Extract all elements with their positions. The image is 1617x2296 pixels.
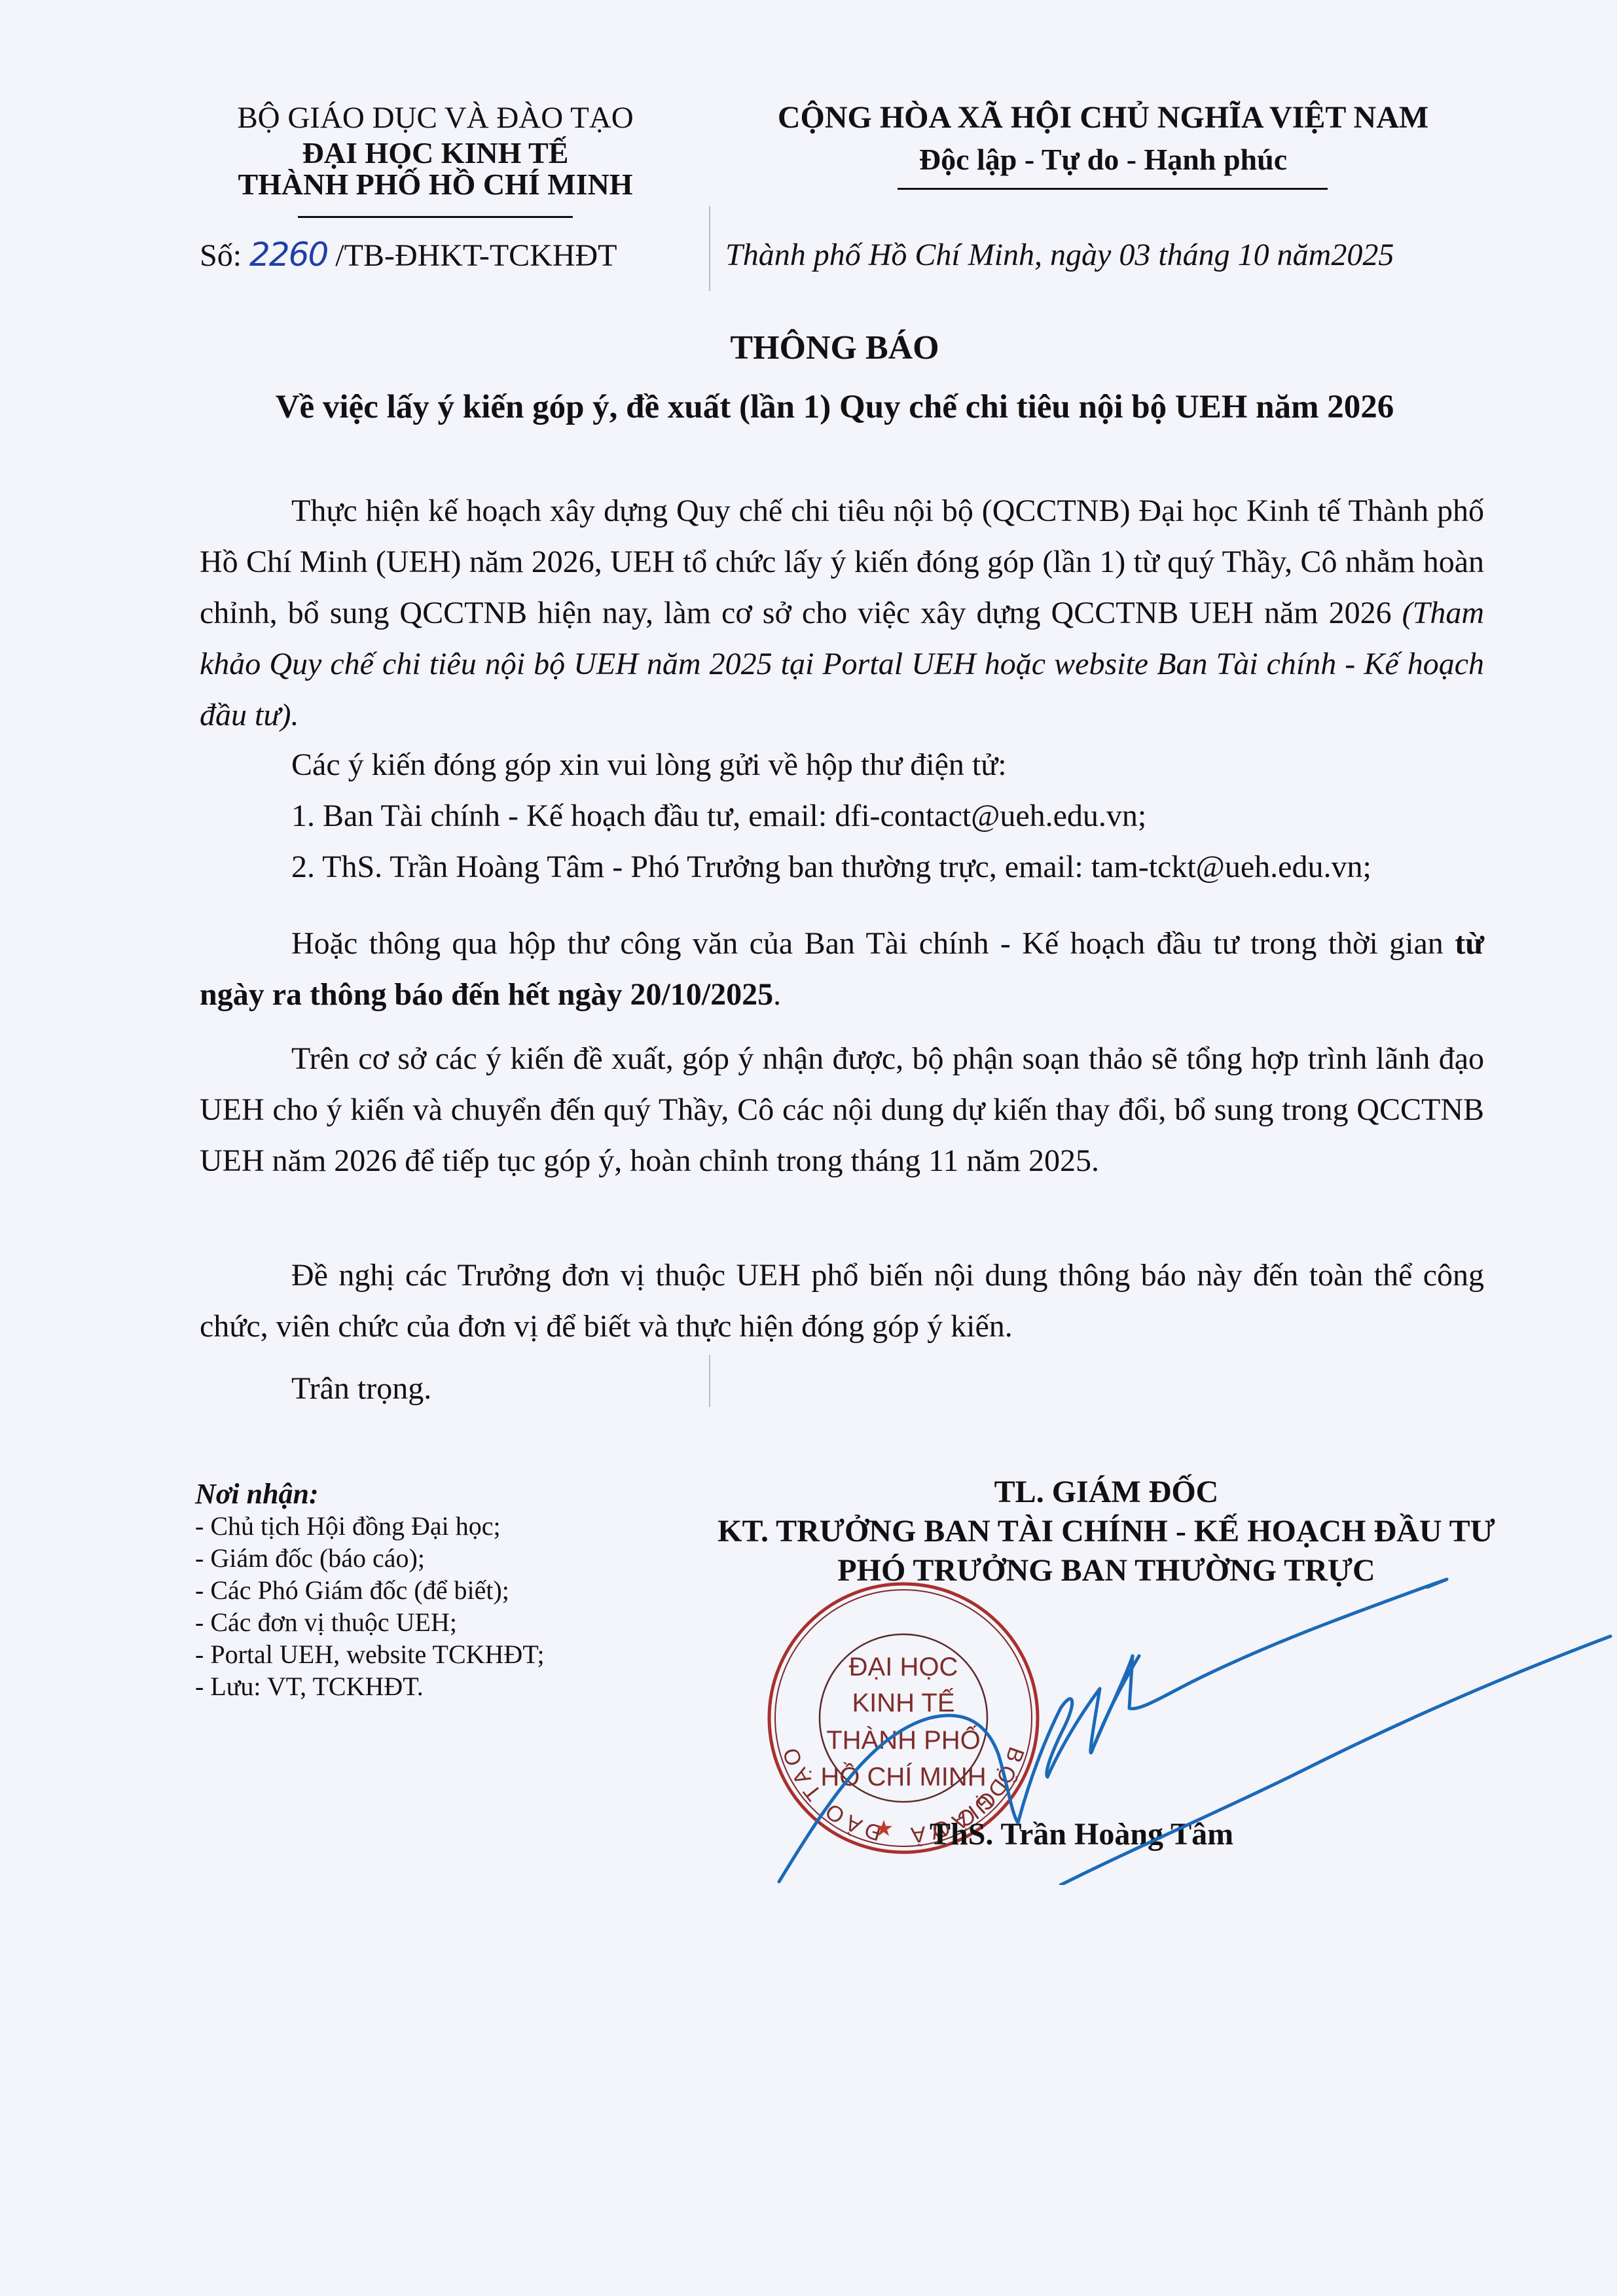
- para1-text: Thực hiện kế hoạch xây dựng Quy chế chi …: [200, 493, 1484, 630]
- body-paragraph-1: Thực hiện kế hoạch xây dựng Quy chế chi …: [200, 486, 1484, 741]
- document-date: Thành phố Hồ Chí Minh, ngày 03 tháng 10 …: [725, 237, 1394, 273]
- recipient-item: - Giám đốc (báo cáo);: [195, 1542, 545, 1574]
- para3-text: Hoặc thông qua hộp thư công văn của Ban …: [291, 926, 1455, 961]
- para4-text: Trên cơ sở các ý kiến đề xuất, góp ý nhậ…: [200, 1033, 1484, 1187]
- contact-item: 1. Ban Tài chính - Kế hoạch đầu tư, emai…: [200, 791, 1484, 842]
- document-number: Số: 2260 /TB-ĐHKT-TCKHĐT: [200, 236, 617, 274]
- doc-number-prefix: Số:: [200, 238, 249, 273]
- doc-number-suffix: /TB-ĐHKT-TCKHĐT: [327, 238, 617, 273]
- signing-on-behalf: KT. TRƯỞNG BAN TÀI CHÍNH - KẾ HOẠCH ĐẦU …: [628, 1514, 1584, 1549]
- document-subject: Về việc lấy ý kiến góp ý, đề xuất (lần 1…: [164, 388, 1506, 426]
- issuing-agency-header: BỘ GIÁO DỤC VÀ ĐÀO TẠO ĐẠI HỌC KINH TẾ T…: [196, 99, 674, 203]
- closing-text: Trân trọng.: [200, 1363, 1484, 1414]
- handwritten-signature-icon: [772, 1558, 1617, 1885]
- body-paragraph-4: Trên cơ sở các ý kiến đề xuất, góp ý nhậ…: [200, 1033, 1484, 1187]
- body-paragraph-3: Hoặc thông qua hộp thư công văn của Ban …: [200, 918, 1484, 1020]
- header-left-underline: [298, 216, 573, 218]
- contact-item: 2. ThS. Trần Hoàng Tâm - Phó Trưởng ban …: [200, 842, 1484, 893]
- recipient-item: - Portal UEH, website TCKHĐT;: [195, 1638, 545, 1670]
- national-header: CỘNG HÒA XÃ HỘI CHỦ NGHĨA VIỆT NAM Độc l…: [727, 99, 1480, 178]
- doc-number-handwritten: 2260: [249, 236, 327, 274]
- recipients-title: Nơi nhận:: [195, 1478, 545, 1510]
- closing: Trân trọng.: [200, 1363, 1484, 1414]
- contact-section: Các ý kiến đóng góp xin vui lòng gửi về …: [200, 740, 1484, 893]
- ministry-name: BỘ GIÁO DỤC VÀ ĐÀO TẠO: [196, 99, 674, 136]
- recipients-list: Nơi nhận: - Chủ tịch Hội đồng Đại học; -…: [195, 1478, 545, 1702]
- recipient-item: - Lưu: VT, TCKHĐT.: [195, 1670, 545, 1702]
- recipient-item: - Các Phó Giám đốc (để biết);: [195, 1574, 545, 1606]
- contact-intro: Các ý kiến đóng góp xin vui lòng gửi về …: [200, 740, 1484, 791]
- para5-text: Đề nghị các Trưởng đơn vị thuộc UEH phổ …: [200, 1250, 1484, 1352]
- body-paragraph-5: Đề nghị các Trưởng đơn vị thuộc UEH phổ …: [200, 1250, 1484, 1352]
- national-motto: Độc lập - Tự do - Hạnh phúc: [727, 141, 1480, 178]
- university-city: THÀNH PHỐ HỒ CHÍ MINH: [196, 166, 674, 203]
- signing-authority: TL. GIÁM ĐỐC: [628, 1475, 1584, 1510]
- document-title: THÔNG BÁO: [164, 329, 1506, 367]
- para3-end: .: [773, 977, 781, 1012]
- recipient-item: - Các đơn vị thuộc UEH;: [195, 1606, 545, 1638]
- scan-mark: [709, 206, 710, 291]
- motto-underline: [898, 188, 1328, 190]
- recipient-item: - Chủ tịch Hội đồng Đại học;: [195, 1510, 545, 1542]
- nation-name: CỘNG HÒA XÃ HỘI CHỦ NGHĨA VIỆT NAM: [727, 99, 1480, 136]
